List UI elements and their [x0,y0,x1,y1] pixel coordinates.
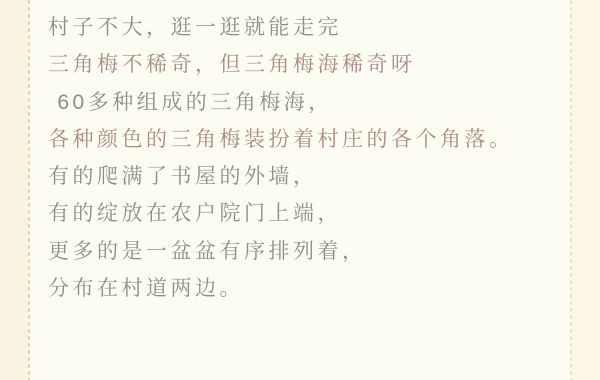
article-content: 村子不大，逛一逛就能走完三角梅不稀奇，但三角梅海稀奇呀 60多种组成的三角梅海，… [30,0,570,380]
article-text-block: 村子不大，逛一逛就能走完三角梅不稀奇，但三角梅海稀奇呀 60多种组成的三角梅海，… [48,9,566,307]
text-line-1: 村子不大，逛一逛就能走完 [48,9,566,46]
text-line-8: 分布在村道两边。 [48,270,566,307]
text-line-2: 三角梅不稀奇，但三角梅海稀奇呀 [48,46,566,83]
text-line-3: 60多种组成的三角梅海， [48,84,566,121]
text-line-4: 各种颜色的三角梅装扮着村庄的各个角落。 [48,121,566,158]
left-margin-strip [0,0,28,380]
text-line-5: 有的爬满了书屋的外墙， [48,158,566,195]
article-page: 村子不大，逛一逛就能走完三角梅不稀奇，但三角梅海稀奇呀 60多种组成的三角梅海，… [0,0,600,380]
text-line-7: 更多的是一盆盆有序排列着， [48,233,566,270]
right-margin-strip [572,0,600,380]
text-line-6: 有的绽放在农户院门上端， [48,195,566,232]
